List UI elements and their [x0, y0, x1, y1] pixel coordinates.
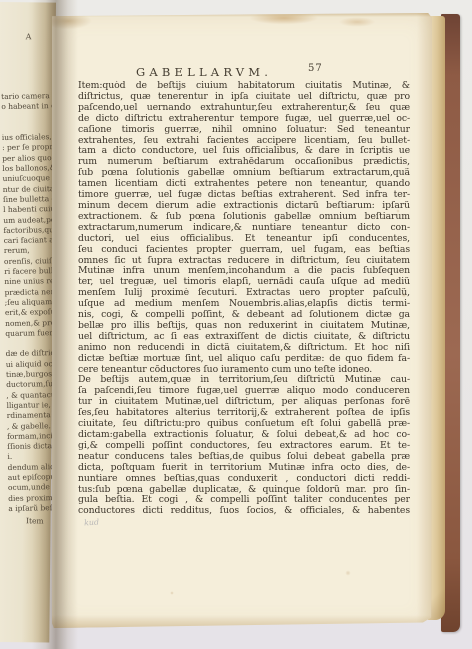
text-line: ſeu conduci facientes propter guerram, u… [78, 245, 410, 256]
text-line: dictam:gabella extractionis ſoluatur, & … [78, 430, 410, 441]
text-line: extractarum,numerum indicare,& nuntiare … [78, 223, 410, 234]
text-line: animo non reducendi in dictã ciuitatem,&… [78, 343, 410, 354]
pencil-annotation: kud [84, 517, 100, 527]
text-line: ductori, uel eius officialibus. Et tenea… [78, 234, 410, 245]
text-line: extrahentes, ſeu extrahi facientes accip… [78, 136, 410, 147]
text-line: minum decem dierum adie extractionis dic… [78, 201, 410, 212]
facing-page-text-line: cari faciant ad [4, 235, 58, 246]
text-line: ſes,ſeu habitatores alterius territorij,… [78, 408, 410, 419]
text-line: Mutinæ infra unum menſem,incohandum a di… [78, 266, 410, 277]
text-line: menſem Iulij proximè ſecuturi. Extractas… [78, 288, 410, 299]
facing-page-text-line: o habeant in expo [1, 101, 55, 112]
text-line: neatur conducens tales beſtias,de quibus… [78, 452, 410, 463]
text-line: uſque ad medium menſem Nouembris.alias,e… [78, 299, 410, 310]
book-photograph: A tario camera alte o habeant in expo iu… [0, 0, 472, 649]
facing-page-text-line: uniuſcuoque cun [2, 173, 56, 184]
text-line: bellæ pro illis beſtijs, quas non reduxe… [78, 321, 410, 332]
text-line: rum numerum beſtiarum extrahẽdarum occaſ… [78, 157, 410, 168]
text-line: timore guerræ, uel fugæ dictas beſtias e… [78, 190, 410, 201]
paragraph-2: De beſtijs autem,quæ in territorium,ſeu … [78, 375, 410, 517]
text-line: ſub pœna ſolutionis gabellæ omnium beſti… [78, 168, 410, 179]
text-line: caſione timoris guerræ, nihil omnino ſol… [78, 125, 410, 136]
text-line: tamen licentiam dicti extrahentes petere… [78, 179, 410, 190]
page-number: 57 [308, 63, 323, 74]
facing-page-text-line: l habenti cuiuſq [3, 204, 57, 215]
text-line: de dicto diſtrictu extraherentur tempore… [78, 114, 410, 125]
text-line: nuntiare omnes beſtias,quas conduxerit ,… [78, 474, 410, 485]
text-line: ciuitate, ſeu diſtrictu:pro quibus conſu… [78, 419, 410, 430]
facing-page-text-line: nine unius rei p [4, 276, 58, 287]
text-line: dictæ beſtiæ mortuæ ſint, uel aliquo caſ… [78, 354, 410, 365]
paragraph-1: Item:quòd de beſtijs ciuium habitatorum … [78, 81, 410, 375]
facing-page-header-letter: A [26, 32, 32, 41]
text-line: cere teneantur cõductores ſuo iuramento … [78, 365, 410, 376]
text-line: conductores dicti redditus, ſuos ſocios,… [78, 506, 410, 517]
facing-page-catchword: Item [26, 516, 44, 525]
text-line: tam a dicto conductore, uel ſuis officia… [78, 146, 410, 157]
text-line: diſtrictus, quæ tenerentur in ipſa ciuit… [78, 92, 410, 103]
text-line: gula beſtia. Et cogi , & compelli poſſin… [78, 495, 410, 506]
running-title: GABELLARVM. [136, 65, 272, 79]
facing-page: A tario camera alte o habeant in expo iu… [0, 2, 56, 643]
facing-page-text-line: nomen,& prono [5, 318, 59, 329]
book-page: GABELLARVM. 57 Item:quòd de beſtijs ciui… [52, 13, 432, 628]
text-line: dicta, poſtquam fuerit in territorium Mu… [78, 463, 410, 474]
text-line: ſa paſcendi,ſeu timore fugæ,uel guerræ a… [78, 386, 410, 397]
page-header: GABELLARVM. 57 [78, 61, 410, 77]
facing-page-text-line: dæ de diſtrictu [6, 348, 60, 359]
text-line: De beſtijs autem,quæ in territorium,ſeu … [78, 375, 410, 386]
text-line: extractionem. & ſub pœna ſolutionis gabe… [78, 212, 410, 223]
text-line: paſcendo,uel uernando extrahuntur,ſeu ex… [78, 103, 410, 114]
text-line: tur in ciuitatem Mutinæ,uel diſtrictum, … [78, 397, 410, 408]
text-line: gi,& compelli poſſint conductores, ſeu e… [78, 441, 410, 452]
text-line: tus:ſub pœna gabellæ duplicatæ, & quinqu… [78, 485, 410, 496]
text-line: ter, uel treguæ, uel timoris elapſi, uer… [78, 277, 410, 288]
facing-page-text-line: erit,& expoſuer [5, 307, 59, 318]
text-line: nis, cogi, & compelli poſſint, & debeant… [78, 310, 410, 321]
facing-page-text-line: quarum fuerint [5, 328, 59, 339]
text-line: uel diſtrictum, ac ſi eas extraxiſſent d… [78, 332, 410, 343]
facing-page-text-line: um audeat,pede [3, 215, 57, 226]
main-text-block: Item:quòd de beſtijs ciuium habitatorum … [78, 81, 410, 517]
text-line: Item:quòd de beſtijs ciuium habitatorum … [78, 81, 410, 92]
facing-page-text-line: : per ſe propria d [2, 143, 56, 154]
text-line: omnes ſic ut ſupra extractas reducere in… [78, 256, 410, 267]
